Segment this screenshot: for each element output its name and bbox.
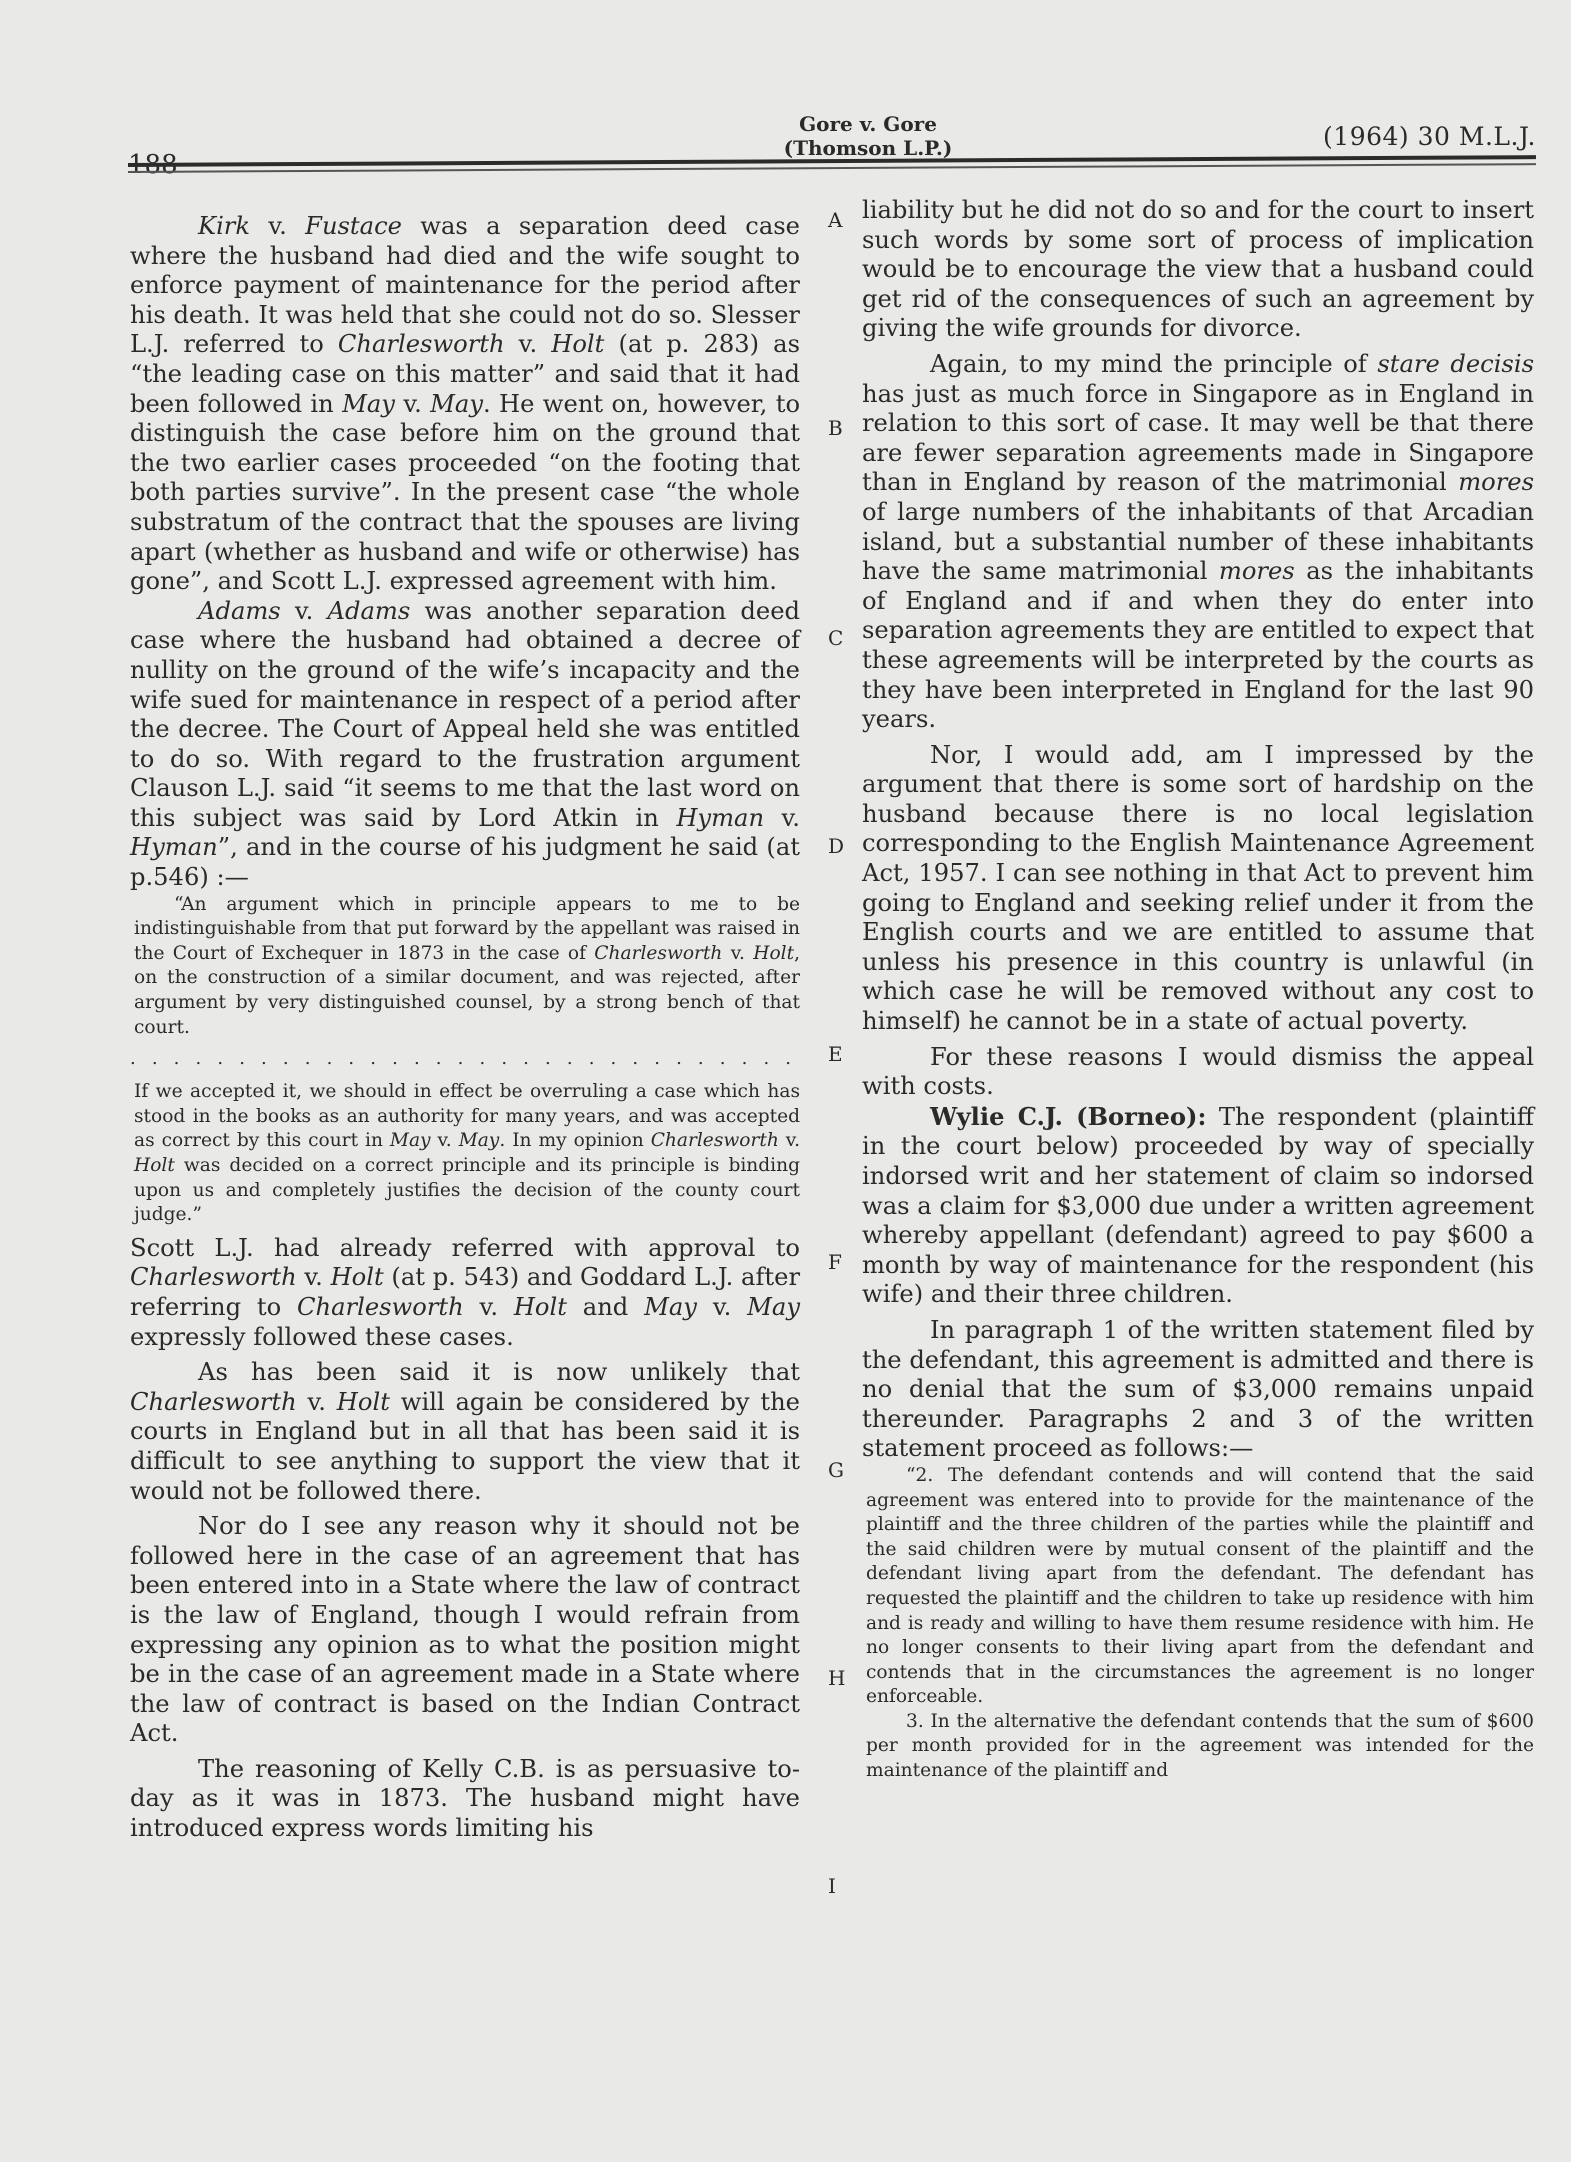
text: v.	[722, 943, 753, 964]
case-party: Fustace	[305, 212, 402, 240]
case-party: Charlesworth	[130, 1388, 297, 1416]
text: . In my opinion	[499, 1130, 650, 1151]
judge-name: (Thomson L.P.)	[738, 136, 998, 160]
right-column: liability but he did not do so and for t…	[862, 196, 1534, 1784]
margin-letter-f: F	[828, 1250, 842, 1274]
paragraph-nor-do-i-see: Nor do I see any reason why it should no…	[130, 1512, 800, 1749]
case-name: Gore v. Gore	[738, 112, 998, 136]
case-party: Charlesworth	[651, 1130, 779, 1151]
case-party: Holt	[753, 943, 794, 964]
case-party: Holt	[134, 1155, 175, 1176]
block-quote-continued: If we accepted it, we should in effect b…	[134, 1080, 800, 1228]
latin-phrase: stare decisis	[1377, 350, 1534, 378]
text: has just as much force in Singapore as i…	[862, 380, 1534, 497]
text: Scott L.J. had already referred with app…	[130, 1234, 800, 1262]
margin-letter-a: A	[828, 208, 842, 232]
text: was decided on a correct principle and i…	[134, 1155, 800, 1225]
case-party: Charlesworth	[338, 330, 505, 358]
paragraph-adams-v-adams: Adams v. Adams was another separation de…	[130, 597, 800, 893]
case-party: Holt	[551, 330, 604, 358]
paragraph-written-statement: In paragraph 1 of the written statement …	[862, 1316, 1534, 1464]
paragraph-hardship: Nor, I would add, am I impressed by the …	[862, 741, 1534, 1037]
case-party: Holt	[331, 1263, 384, 1291]
case-party: Hyman	[130, 833, 218, 861]
text: v.	[395, 390, 430, 418]
case-party: Hyman	[676, 804, 764, 832]
block-quote-paragraph-2: “2. The defendant contends and will cont…	[866, 1464, 1534, 1710]
margin-letter-b: B	[828, 416, 843, 440]
case-party: May	[390, 1130, 431, 1151]
text: The respondent (plaintiff in the court b…	[862, 1103, 1534, 1309]
case-party: Adams	[328, 597, 411, 625]
latin-word: mores	[1219, 557, 1295, 585]
left-column: Kirk v. Fustace was a separation deed ca…	[130, 212, 800, 1844]
margin-letter-g: G	[828, 1458, 844, 1482]
text: As has been said it is now unlikely that	[198, 1358, 800, 1386]
latin-word: mores	[1458, 468, 1534, 496]
text: v.	[764, 804, 800, 832]
margin-letter-c: C	[828, 626, 843, 650]
paragraph-liability: liability but he did not do so and for t…	[862, 196, 1534, 344]
case-party: May	[747, 1293, 800, 1321]
margin-letter-d: D	[828, 834, 844, 858]
citation: (1964) 30 M.L.J.	[1323, 122, 1536, 151]
paragraph-unlikely: As has been said it is now unlikely that…	[130, 1358, 800, 1506]
text: . He went on, however, to distinguish th…	[130, 390, 800, 596]
case-party: May	[430, 390, 483, 418]
paragraph-kirk-v-fustace: Kirk v. Fustace was a separation deed ca…	[130, 212, 800, 597]
paragraph-dismiss-appeal: For these reasons I would dismiss the ap…	[862, 1043, 1534, 1102]
text: v.	[297, 1263, 331, 1291]
text: v.	[505, 330, 552, 358]
text: was another separation deed case where t…	[130, 597, 800, 832]
case-party: Holt	[514, 1293, 567, 1321]
text: v.	[779, 1130, 800, 1151]
margin-letter-h: H	[828, 1666, 845, 1690]
text: v.	[250, 212, 305, 240]
text: v.	[297, 1388, 337, 1416]
case-party: Charlesworth	[130, 1263, 297, 1291]
text: v.	[464, 1293, 514, 1321]
text: v.	[431, 1130, 459, 1151]
text: expressly followed these cases.	[130, 1323, 514, 1351]
text: Again, to my mind the principle of	[930, 350, 1377, 378]
case-party: May	[644, 1293, 697, 1321]
paragraph-stare-decisis: Again, to my mind the principle of stare…	[862, 350, 1534, 735]
paragraph-scott-lj: Scott L.J. had already referred with app…	[130, 1234, 800, 1352]
judge-heading: Wylie C.J. (Borneo):	[930, 1102, 1206, 1131]
ellipsis-separator: . . . . . . . . . . . . . . . . . . . . …	[130, 1044, 800, 1074]
paragraph-wylie-cj: Wylie C.J. (Borneo): The respondent (pla…	[862, 1102, 1534, 1310]
running-title: Gore v. Gore (Thomson L.P.)	[738, 112, 998, 160]
case-party: May	[342, 390, 395, 418]
text: and	[567, 1293, 644, 1321]
text: ”, and in the course of his judgment he …	[130, 833, 800, 891]
case-party: Adams	[198, 597, 281, 625]
case-party: May	[459, 1130, 500, 1151]
paragraph-kelly-cb: The reasoning of Kelly C.B. is as persua…	[130, 1755, 800, 1844]
case-party: Charlesworth	[297, 1293, 464, 1321]
margin-letter-e: E	[828, 1042, 843, 1066]
margin-letter-i: I	[828, 1874, 836, 1898]
block-quote-atkin: “An argument which in principle appears …	[134, 893, 800, 1041]
case-party: Kirk	[198, 212, 250, 240]
text: v.	[697, 1293, 747, 1321]
case-party: Holt	[337, 1388, 390, 1416]
case-party: Charlesworth	[594, 943, 722, 964]
block-quote-paragraph-3: 3. In the alternative the defendant cont…	[866, 1710, 1534, 1784]
text: v.	[281, 597, 328, 625]
